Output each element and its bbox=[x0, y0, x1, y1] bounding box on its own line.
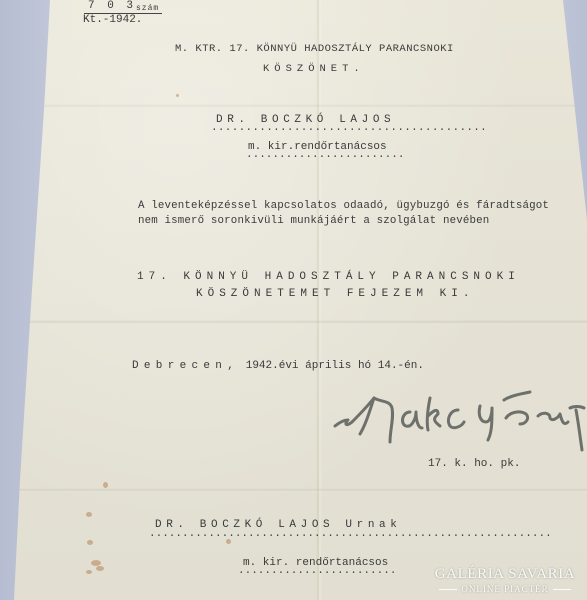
dotted-underline: ........................................… bbox=[149, 528, 552, 541]
fold-line-horizontal bbox=[20, 320, 587, 324]
body-text-line: A leventeképzéssel kapcsolatos odaadó, ü… bbox=[138, 200, 549, 213]
reference-file-code: Kt.-1942. bbox=[83, 14, 142, 27]
dotted-underline: ........................ bbox=[238, 565, 396, 578]
stain-spot bbox=[96, 566, 104, 571]
watermark-rule bbox=[553, 589, 571, 590]
header-unit: M. KTR. 17. KÖNNYÜ HADOSZTÁLY PARANCSNOK… bbox=[175, 43, 454, 56]
signatory-rank: 17. k. ho. pk. bbox=[428, 458, 520, 471]
document-paper: 7 0 3 szám Kt.-1942. M. KTR. 17. KÖNNYÜ … bbox=[0, 0, 587, 600]
stain-spot bbox=[176, 94, 179, 97]
fold-line-horizontal bbox=[14, 488, 587, 492]
watermark-subtitle: ONLINE PIACTÉR bbox=[461, 584, 548, 594]
date-text: 1942.évi április hó 14.-én. bbox=[239, 360, 424, 372]
watermark-logo: GALÉRIA SAVARIA ONLINE PIACTÉR bbox=[430, 566, 580, 594]
dotted-underline: ........................................ bbox=[211, 122, 487, 135]
place-name: Debrecen, bbox=[132, 360, 239, 372]
watermark-rule bbox=[439, 589, 457, 590]
body-text-line: nem ismerő soronkivüli munkájáért a szol… bbox=[138, 215, 489, 228]
stain-spot bbox=[103, 482, 108, 488]
stain-spot bbox=[86, 570, 92, 574]
stain-spot bbox=[87, 540, 93, 545]
fold-line-horizontal bbox=[30, 104, 587, 108]
place-date-line: Debrecen, 1942.évi április hó 14.-én. bbox=[132, 360, 424, 373]
watermark-title: GALÉRIA SAVARIA bbox=[430, 566, 580, 583]
watermark-subtitle-row: ONLINE PIACTÉR bbox=[430, 584, 580, 594]
declaration-line: KÖSZÖNETEMET FEJEZEM KI. bbox=[196, 288, 474, 301]
declaration-line: 17. KÖNNYÜ HADOSZTÁLY PARANCSNOKI bbox=[137, 271, 520, 284]
stain-spot bbox=[86, 512, 92, 517]
reference-number: 7 0 3 bbox=[88, 0, 136, 13]
dotted-underline: ........................ bbox=[246, 149, 404, 162]
header-title: KÖSZÖNET. bbox=[263, 63, 365, 76]
